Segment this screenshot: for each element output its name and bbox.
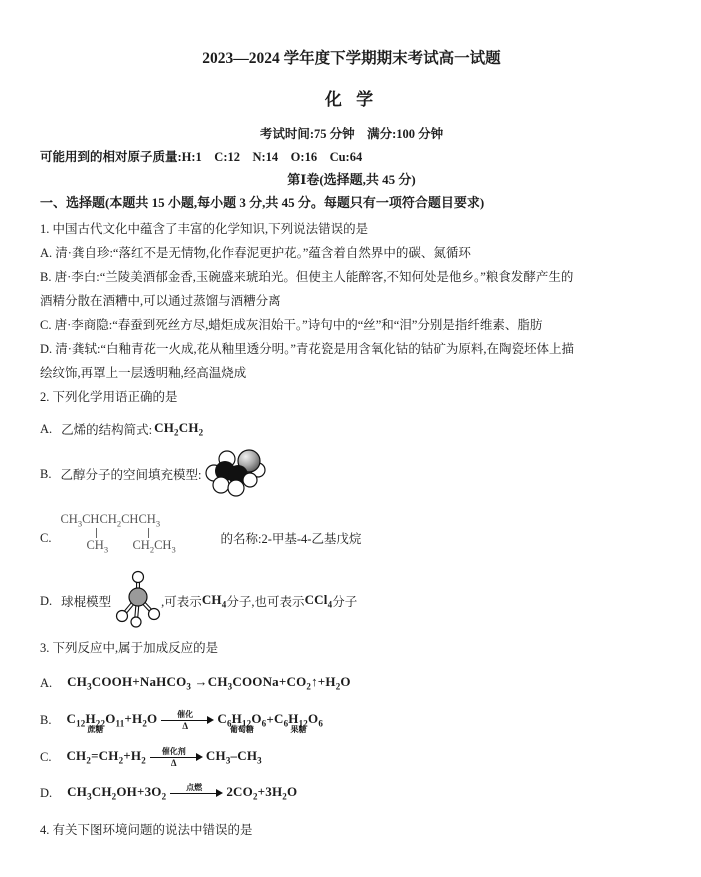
question-3-option-c: C. CH2=CH2+H2 催化剂 Δ CH3–CH3	[40, 741, 663, 773]
question-3-option-a: A. CH3COOH+NaHCO3 →CH3COONa+CO2↑+H2O	[40, 669, 663, 697]
reaction-arrow: 催化 Δ	[160, 712, 214, 728]
structure-ethyl-branch: CH2CH3	[132, 538, 175, 555]
fructose-label: 果糖	[291, 724, 307, 735]
structure-methyl-branch: CH3	[86, 538, 108, 555]
arrow-condition-top: 催化	[177, 711, 193, 719]
ethylene-hydrogen-lhs: CH2=CH2+H2	[66, 748, 145, 766]
glucose-label: 葡萄糖	[230, 724, 254, 735]
question-1-option-a: A. 清·龚自珍:“落红不是无情物,化作春泥更护花。”蕴含着自然界中的碳、氮循环	[40, 241, 663, 265]
option-label: B.	[40, 713, 51, 728]
question-2-option-b: B. 乙醇分子的空间填充模型:	[40, 448, 663, 500]
sucrose-label: 蔗糖	[87, 724, 103, 735]
exam-title: 2023—2024 学年度下学期期末考试高一试题	[40, 46, 663, 68]
question-2-option-c: C. CH3CHCH2CHCH3 CH3 CH2CH3 的名称:2-甲基-4-乙…	[40, 508, 663, 568]
option-label: D.	[40, 594, 52, 609]
arrow-shaft	[170, 793, 216, 795]
option-text: ,可表示	[161, 592, 202, 610]
question-1-option-d: D. 清·龚轼:“白釉青花一火成,花从釉里透分明。”青花瓷是用含氧化钴的钴矿为原…	[40, 337, 663, 361]
ethane-rhs: CH3–CH3	[206, 748, 262, 766]
option-label: D.	[40, 786, 52, 801]
methane-formula: CH4	[202, 592, 227, 610]
bond-line	[96, 528, 97, 538]
question-1-option-b-cont: 酒精分散在酒糟中,可以通过蒸馏与酒糟分离	[40, 289, 663, 313]
question-4-stem: 4. 有关下图环境问题的说法中错误的是	[40, 818, 663, 842]
option-text: 乙烯的结构简式:	[61, 420, 152, 438]
option-label: C.	[40, 531, 51, 546]
option-text: 乙醇分子的空间填充模型:	[60, 465, 201, 483]
arrow-head	[207, 716, 214, 724]
ethanol-combustion-lhs: CH3CH2OH+3O2	[67, 784, 166, 802]
reaction-arrow: 点燃	[169, 785, 223, 801]
carbon-tetrachloride-formula: CCl4	[305, 592, 333, 610]
option-label: A.	[40, 676, 52, 691]
section-instruction: 一、选择题(本题共 15 小题,每小题 3 分,共 45 分。每题只有一项符合题…	[40, 192, 663, 211]
sucrose-formula-group: C12H22O11 蔗糖	[66, 711, 124, 729]
glucose-formula-group: C6H12O6 葡萄糖	[217, 711, 266, 729]
water-reactant: +H2O	[124, 711, 157, 729]
arrow-head	[216, 789, 223, 797]
plus-sign: +	[266, 712, 274, 728]
combustion-products-rhs: 2CO2+3H2O	[226, 784, 297, 802]
question-1-stem: 1. 中国古代文化中蕴含了丰富的化学知识,下列说法错误的是	[40, 217, 663, 241]
fructose-formula-group: C6H12O6 果糖	[274, 711, 323, 729]
bond-line	[148, 528, 149, 538]
arrow-head	[196, 753, 203, 761]
exam-info: 考试时间:75 分钟 满分:100 分钟	[40, 124, 663, 142]
methane-ball-stick-model	[115, 570, 161, 632]
arrow-condition-bottom: Δ	[182, 722, 188, 731]
question-2-option-d: D. 球棍模型 ,可表示	[40, 572, 663, 630]
option-text: 球棍模型	[61, 592, 111, 610]
exam-page: 2023—2024 学年度下学期期末考试高一试题 化 学 考试时间:75 分钟 …	[0, 0, 701, 877]
ethanol-space-filling-model	[205, 447, 267, 501]
option-text: 分子	[332, 592, 357, 610]
reaction-arrow: 催化剂 Δ	[149, 749, 203, 765]
question-1-option-c: C. 唐·李商隐:“春蚕到死丝方尽,蜡炬成灰泪始干。”诗句中的“丝”和“泪”分别…	[40, 313, 663, 337]
arrow-condition-top: 点燃	[186, 784, 202, 792]
question-2-option-a: A. 乙烯的结构简式: CH2CH2	[40, 416, 663, 442]
arrow-condition-top: 催化剂	[162, 748, 186, 756]
question-3-option-b: B. C12H22O11 蔗糖 +H2O 催化 Δ C6H12O6 葡萄糖 + …	[40, 703, 663, 737]
structure-main-chain: CH3CHCH2CHCH3	[60, 512, 160, 529]
question-2-stem: 2. 下列化学用语正确的是	[40, 385, 663, 409]
option-label: C.	[40, 750, 51, 765]
subject-title: 化 学	[40, 85, 663, 110]
acetic-acid-reaction-equation: CH3COOH+NaHCO3 →CH3COONa+CO2↑+H2O	[67, 674, 351, 692]
option-label: A.	[40, 422, 52, 437]
option-label: B.	[40, 467, 51, 482]
question-3-stem: 3. 下列反应中,属于加成反应的是	[40, 636, 663, 660]
option-text: 分子,也可表示	[226, 592, 304, 610]
ethylene-formula: CH2CH2	[154, 420, 203, 438]
question-1-option-d-cont: 绘纹饰,再罩上一层透明釉,经高温烧成	[40, 361, 663, 385]
option-text: 的名称:2-甲基-4-乙基戊烷	[220, 529, 361, 547]
question-3-option-d: D. CH3CH2OH+3O2 点燃 2CO2+3H2O	[40, 777, 663, 809]
question-1-option-b: B. 唐·李白:“兰陵美酒郁金香,玉碗盛来琥珀光。但使主人能醉客,不知何处是他乡…	[40, 265, 663, 289]
condensed-structural-formula: CH3CHCH2CHCH3 CH3 CH2CH3	[60, 512, 212, 564]
atomic-mass-note: 可能用到的相对原子质量:H:1 C:12 N:14 O:16 Cu:64	[40, 147, 663, 165]
section-title: 第Ⅰ卷(选择题,共 45 分)	[40, 169, 663, 188]
arrow-condition-bottom: Δ	[171, 759, 177, 768]
